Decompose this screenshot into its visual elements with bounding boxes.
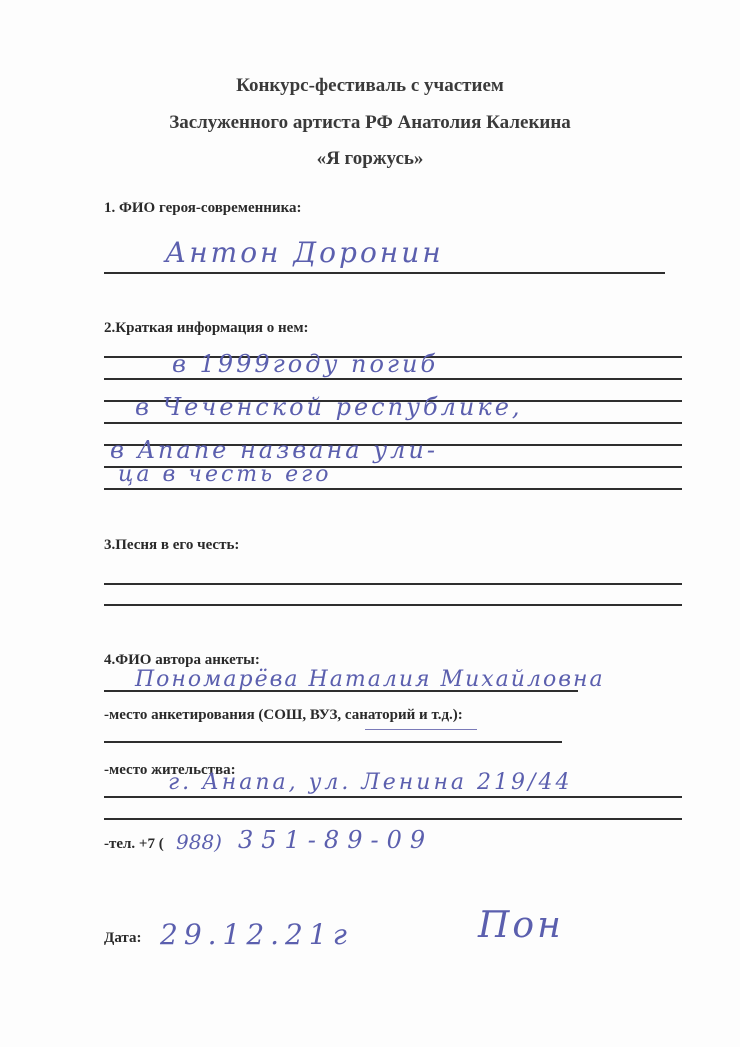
- song-line-2: [104, 604, 682, 606]
- info-line-2: [104, 378, 682, 380]
- phone-area-code[interactable]: 988): [176, 830, 222, 854]
- author-name-value[interactable]: Пономарёва Наталия Михайловна: [135, 667, 605, 692]
- brief-info-label: 2.Краткая информация о нем:: [104, 320, 309, 337]
- form-title-line-1: Конкурс-фестиваль с участием: [0, 75, 740, 97]
- residence-line-1: [104, 796, 682, 798]
- residence-value[interactable]: г. Анапа, ул. Ленина 219/44: [168, 770, 572, 795]
- phone-label: -тел. +7 (: [104, 836, 164, 853]
- phone-number[interactable]: 351-89-09: [238, 826, 433, 854]
- song-line-1: [104, 583, 682, 585]
- author-name-line: [104, 690, 578, 692]
- sanatorium-underline: [365, 729, 477, 730]
- form-title-line-2: Заслуженного артиста РФ Анатолия Калекин…: [0, 112, 740, 134]
- brief-info-text-line-2[interactable]: в Чеченской республике,: [135, 393, 523, 421]
- date-value[interactable]: 29.12.21г: [160, 918, 353, 951]
- info-line-7: [104, 488, 682, 490]
- hero-name-value[interactable]: Антон Доронин: [165, 236, 444, 269]
- brief-info-text-line-1[interactable]: в 1999году погиб: [172, 350, 438, 378]
- survey-place-label: -место анкетирования (СОШ, ВУЗ, санатори…: [104, 707, 463, 724]
- survey-place-line: [104, 741, 562, 743]
- song-label: 3.Песня в его честь:: [104, 537, 239, 554]
- residence-line-2: [104, 818, 682, 820]
- survey-form-page: Конкурс-фестиваль с участием Заслуженног…: [0, 0, 740, 1047]
- date-label: Дата:: [104, 930, 141, 947]
- brief-info-text-line-3[interactable]: в Anапе названа ули-: [110, 436, 438, 464]
- signature: Пон: [478, 905, 564, 946]
- hero-name-label: 1. ФИО героя-современника:: [104, 200, 302, 217]
- brief-info-text-line-4[interactable]: ца в честь его: [118, 462, 332, 487]
- info-line-4: [104, 422, 682, 424]
- form-title-line-3: «Я горжусь»: [0, 148, 740, 170]
- hero-name-line: [104, 272, 665, 274]
